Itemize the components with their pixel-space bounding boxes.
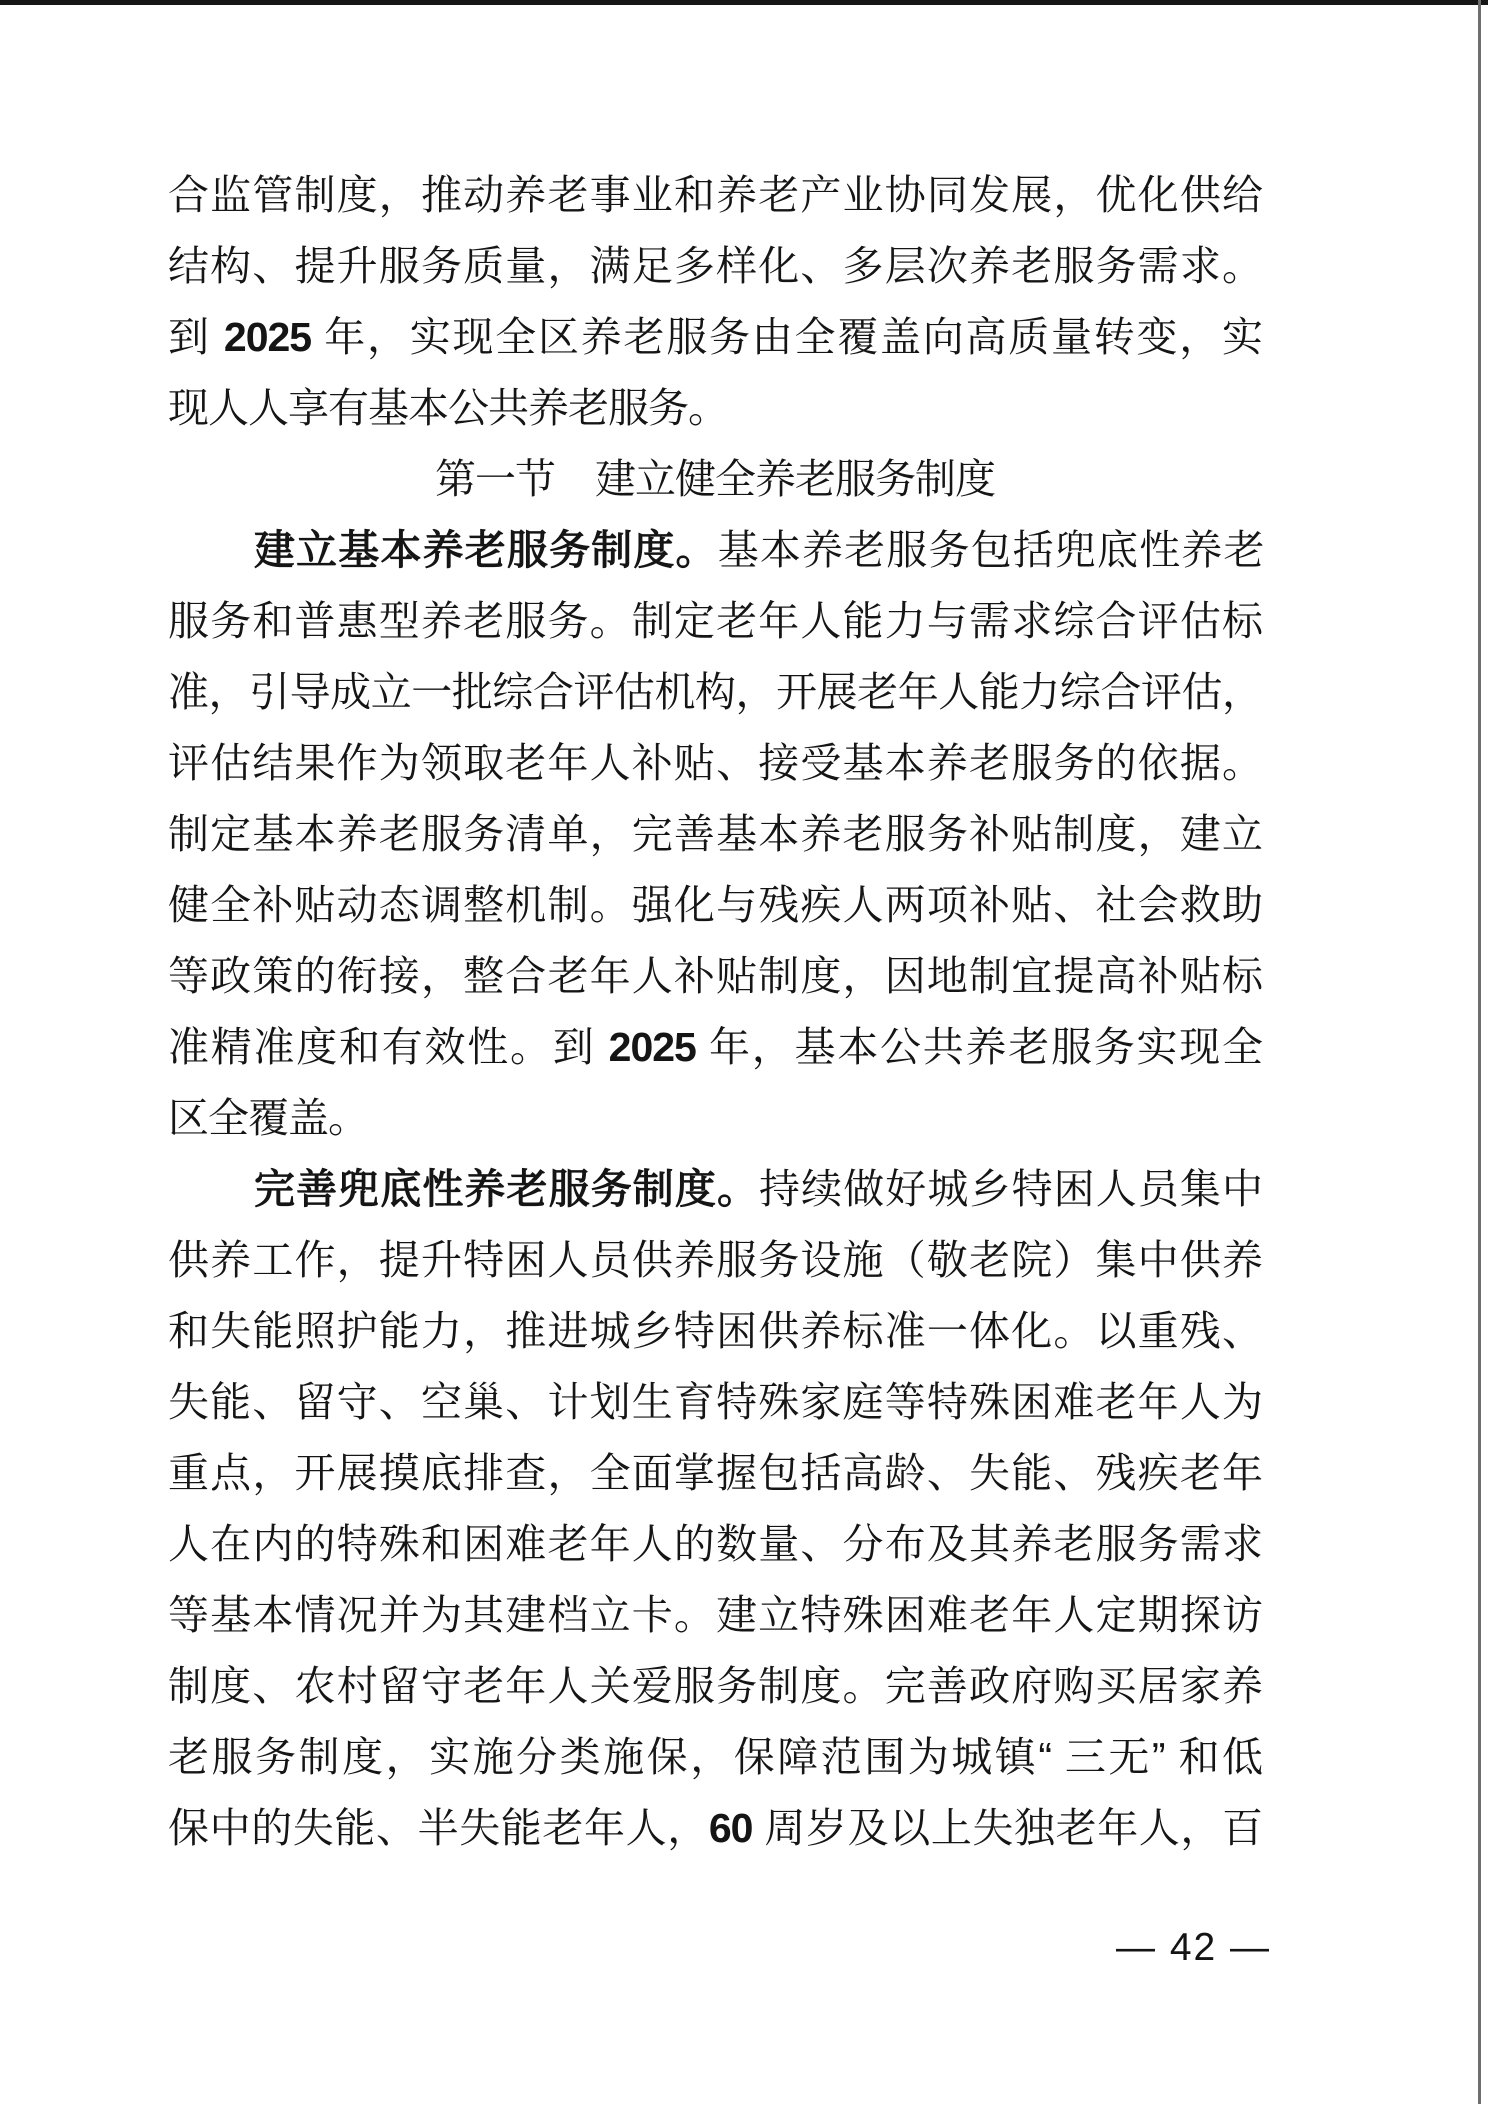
body-text: 保中的失能、半失能老年人， bbox=[168, 1805, 709, 1851]
text-block: 合监管制度，推动养老事业和养老产业协同发展，优化供给 结构、提升服务质量，满足多… bbox=[168, 160, 1262, 1864]
body-line: 结构、提升服务质量，满足多样化、多层次养老服务需求。 bbox=[168, 231, 1262, 302]
section-heading: 第一节 建立健全养老服务制度 bbox=[168, 444, 1262, 515]
body-line: 准精准度和有效性。到 2025 年，基本公共养老服务实现全 bbox=[168, 1012, 1262, 1083]
body-text: 基本养老服务包括兜底性养老 bbox=[718, 527, 1262, 573]
page-top-border bbox=[0, 0, 1488, 5]
body-line: 供养工作，提升特困人员供养服务设施（敬老院）集中供养 bbox=[168, 1225, 1262, 1296]
body-line: 合监管制度，推动养老事业和养老产业协同发展，优化供给 bbox=[168, 160, 1262, 231]
scan-edge-line bbox=[1478, 0, 1481, 2104]
body-line: 建立基本养老服务制度。基本养老服务包括兜底性养老 bbox=[168, 515, 1262, 586]
body-line: 失能、留守、空巢、计划生育特殊家庭等特殊困难老年人为 bbox=[168, 1367, 1262, 1438]
body-line: 区全覆盖。 bbox=[168, 1083, 1262, 1154]
body-line: 准，引导成立一批综合评估机构，开展老年人能力综合评估， bbox=[168, 657, 1262, 728]
body-line: 完善兜底性养老服务制度。持续做好城乡特困人员集中 bbox=[168, 1154, 1262, 1225]
page-number: — 42 — bbox=[1116, 1922, 1271, 1974]
body-line: 服务和普惠型养老服务。制定老年人能力与需求综合评估标 bbox=[168, 586, 1262, 657]
body-text: 年，实现全区养老服务由全覆盖向高质量转变，实 bbox=[311, 314, 1262, 360]
body-line: 制定基本养老服务清单，完善基本养老服务补贴制度，建立 bbox=[168, 799, 1262, 870]
body-text: 到 bbox=[168, 314, 224, 360]
body-line: 人在内的特殊和困难老年人的数量、分布及其养老服务需求 bbox=[168, 1509, 1262, 1580]
age-number: 60 bbox=[709, 1805, 753, 1851]
body-line: 等基本情况并为其建档立卡。建立特殊困难老年人定期探访 bbox=[168, 1580, 1262, 1651]
body-line: 等政策的衔接，整合老年人补贴制度，因地制宜提高补贴标 bbox=[168, 941, 1262, 1012]
body-line: 制度、农村留守老年人关爱服务制度。完善政府购买居家养 bbox=[168, 1651, 1262, 1722]
body-line: 和失能照护能力，推进城乡特困供养标准一体化。以重残、 bbox=[168, 1296, 1262, 1367]
body-line: 重点，开展摸底排查，全面掌握包括高龄、失能、残疾老年 bbox=[168, 1438, 1262, 1509]
document-page: 合监管制度，推动养老事业和养老产业协同发展，优化供给 结构、提升服务质量，满足多… bbox=[0, 0, 1488, 2104]
body-line: 现人人享有基本公共养老服务。 bbox=[168, 373, 1262, 444]
body-text: 准精准度和有效性。到 bbox=[168, 1024, 609, 1070]
body-line: 健全补贴动态调整机制。强化与残疾人两项补贴、社会救助 bbox=[168, 870, 1262, 941]
body-line: 到 2025 年，实现全区养老服务由全覆盖向高质量转变，实 bbox=[168, 302, 1262, 373]
body-line: 保中的失能、半失能老年人，60 周岁及以上失独老年人，百 bbox=[168, 1793, 1262, 1864]
body-text: 持续做好城乡特困人员集中 bbox=[759, 1166, 1262, 1212]
year-number: 2025 bbox=[224, 314, 311, 360]
body-line: 评估结果作为领取老年人补贴、接受基本养老服务的依据。 bbox=[168, 728, 1262, 799]
body-text: 年，基本公共养老服务实现全 bbox=[696, 1024, 1262, 1070]
body-line: 老服务制度，实施分类施保，保障范围为城镇“ 三无” 和低 bbox=[168, 1722, 1262, 1793]
paragraph-lead-bold: 完善兜底性养老服务制度。 bbox=[254, 1166, 759, 1212]
paragraph-lead-bold: 建立基本养老服务制度。 bbox=[254, 527, 718, 573]
year-number: 2025 bbox=[609, 1024, 696, 1070]
body-text: 周岁及以上失独老年人，百 bbox=[752, 1805, 1262, 1851]
